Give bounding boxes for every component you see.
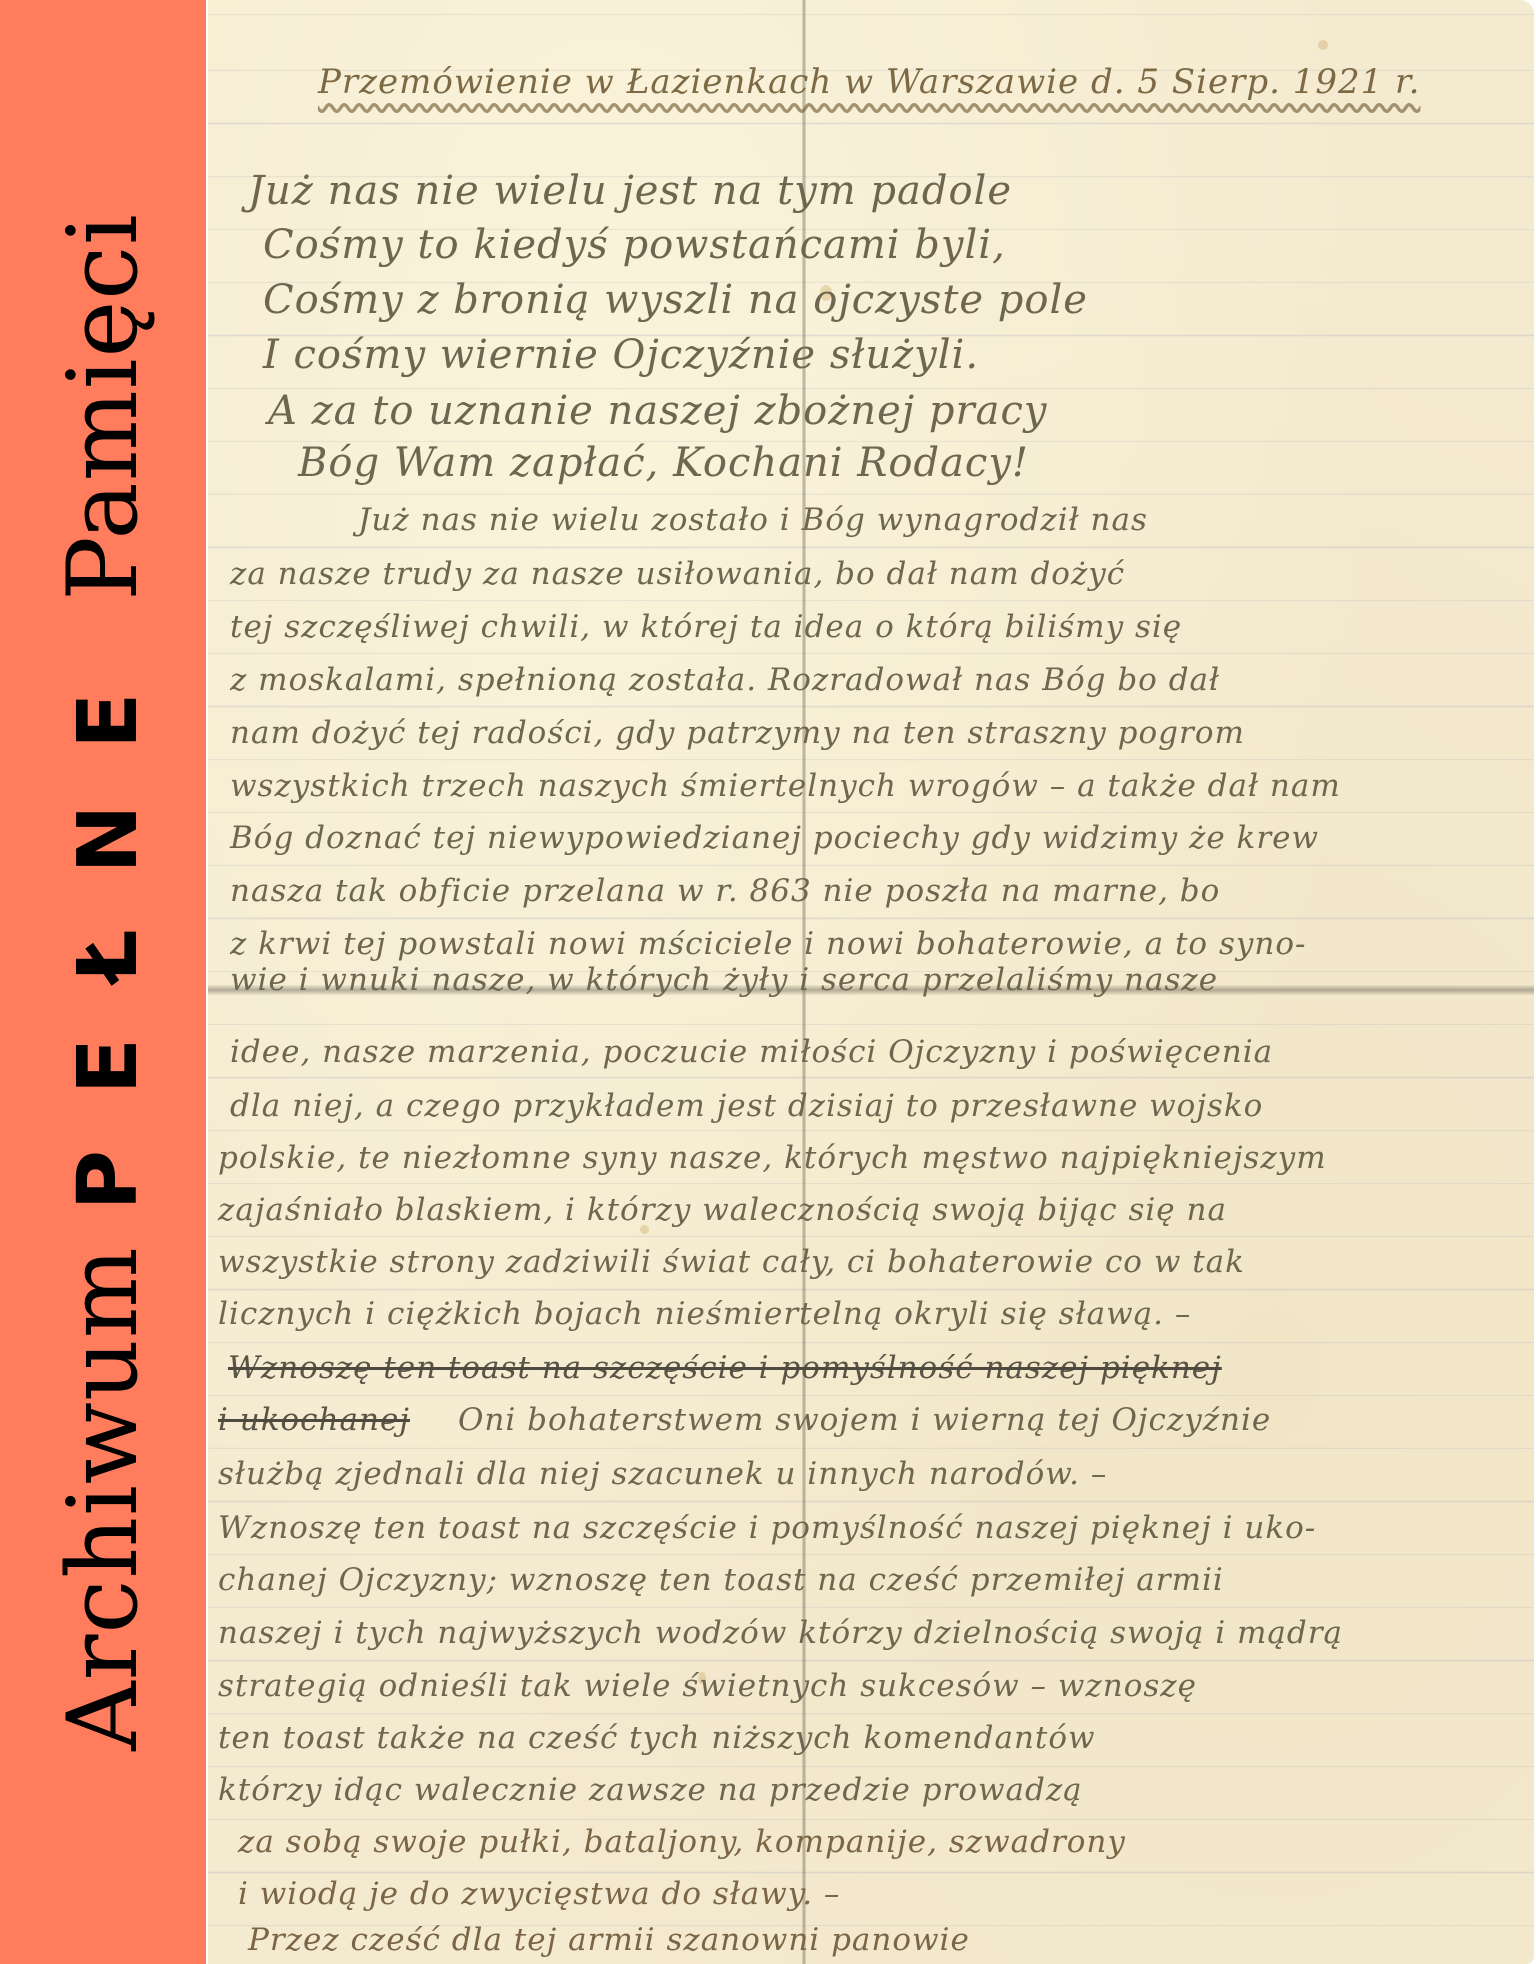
body-line: nam dożyć tej radości, gdy patrzymy na t… — [230, 715, 1245, 751]
body-line: strategią odnieśli tak wiele świetnych s… — [218, 1668, 1197, 1704]
body-line: za sobą swoje pułki, bataljony, kompanij… — [238, 1824, 1126, 1860]
poem-line: Bóg Wam zapłać, Kochani Rodacy! — [298, 440, 1029, 486]
archive-banner: Archiwum PEŁNE Pamięci — [0, 0, 206, 1964]
scanned-letter: Przemówienie w Łazienkach w Warszawie d.… — [208, 0, 1534, 1964]
body-line: za nasze trudy za nasze usiłowania, bo d… — [230, 556, 1125, 592]
struck-line: Wznoszę ten toast na szczęście i pomyśln… — [228, 1350, 1222, 1386]
body-line: Przez cześć dla tej armii szanowni panow… — [248, 1922, 970, 1958]
body-line: Wznoszę ten toast na szczęście i pomyśln… — [218, 1510, 1316, 1546]
body-line: wszystkich trzech naszych śmiertelnych w… — [230, 768, 1341, 804]
body-line: z moskalami, spełnioną została. Rozradow… — [230, 662, 1220, 698]
body-line: Oni bohaterstwem swojem i wierną tej Ojc… — [458, 1402, 1271, 1438]
body-line: licznych i ciężkich bojach nieśmiertelną… — [218, 1296, 1191, 1332]
poem-line: Cośmy to kiedyś powstańcami byli, — [263, 222, 1006, 268]
archive-page: Archiwum PEŁNE Pamięci Przemówienie w Ła… — [0, 0, 1536, 1964]
body-line: ten toast także na cześć tych niższych k… — [218, 1720, 1096, 1756]
body-line: z krwi tej powstali nowi mściciele i now… — [230, 926, 1306, 962]
body-line: dla niej, a czego przykładem jest dzisia… — [230, 1088, 1263, 1124]
poem-line: A za to uznanie naszej zbożnej pracy — [268, 388, 1047, 434]
body-line: Bóg doznać tej niewypowiedzianej pociech… — [230, 820, 1319, 856]
struck-line: i ukochanej — [218, 1402, 410, 1438]
body-line: wszystkie strony zadziwili świat cały, c… — [218, 1244, 1245, 1280]
banner-word-full: PEŁNE — [61, 637, 156, 1210]
poem-line: I cośmy wiernie Ojczyźnie służyli. — [263, 332, 979, 378]
body-line: polskie, te niezłomne syny nasze, któryc… — [218, 1140, 1327, 1176]
body-line: tej szczęśliwej chwili, w której ta idea… — [230, 609, 1182, 645]
banner-title: Archiwum PEŁNE Pamięci — [47, 213, 159, 1750]
body-line: wie i wnuki nasze, w których żyły i serc… — [230, 962, 1218, 998]
body-line: nasza tak obficie przelana w r. 863 nie … — [230, 873, 1220, 909]
poem-line: Już nas nie wielu jest na tym padole — [248, 168, 1012, 214]
body-line: Już nas nie wielu zostało i Bóg wynagrod… — [358, 502, 1148, 538]
body-line: zajaśniało blaskiem, i którzy walecznośc… — [218, 1192, 1227, 1228]
body-line: którzy idąc walecznie zawsze na przedzie… — [218, 1772, 1083, 1808]
body-line: chanej Ojczyzny; wznoszę ten toast na cz… — [218, 1562, 1224, 1598]
body-line: idee, nasze marzenia, poczucie miłości O… — [230, 1034, 1273, 1070]
poem-line: Cośmy z bronią wyszli na ojczyste pole — [263, 277, 1088, 323]
letter-title: Przemówienie w Łazienkach w Warszawie d.… — [318, 62, 1420, 102]
body-line: służbą zjednali dla niej szacunek u inny… — [218, 1456, 1107, 1492]
banner-word-memory: Pamięci — [47, 213, 159, 601]
body-line: i wiodą je do zwycięstwa do sławy. – — [238, 1876, 840, 1912]
handwritten-text: Przemówienie w Łazienkach w Warszawie d.… — [208, 0, 1534, 1964]
banner-word-archive: Archiwum — [47, 1246, 159, 1751]
body-line: naszej i tych najwyższych wodzów którzy … — [218, 1615, 1343, 1651]
